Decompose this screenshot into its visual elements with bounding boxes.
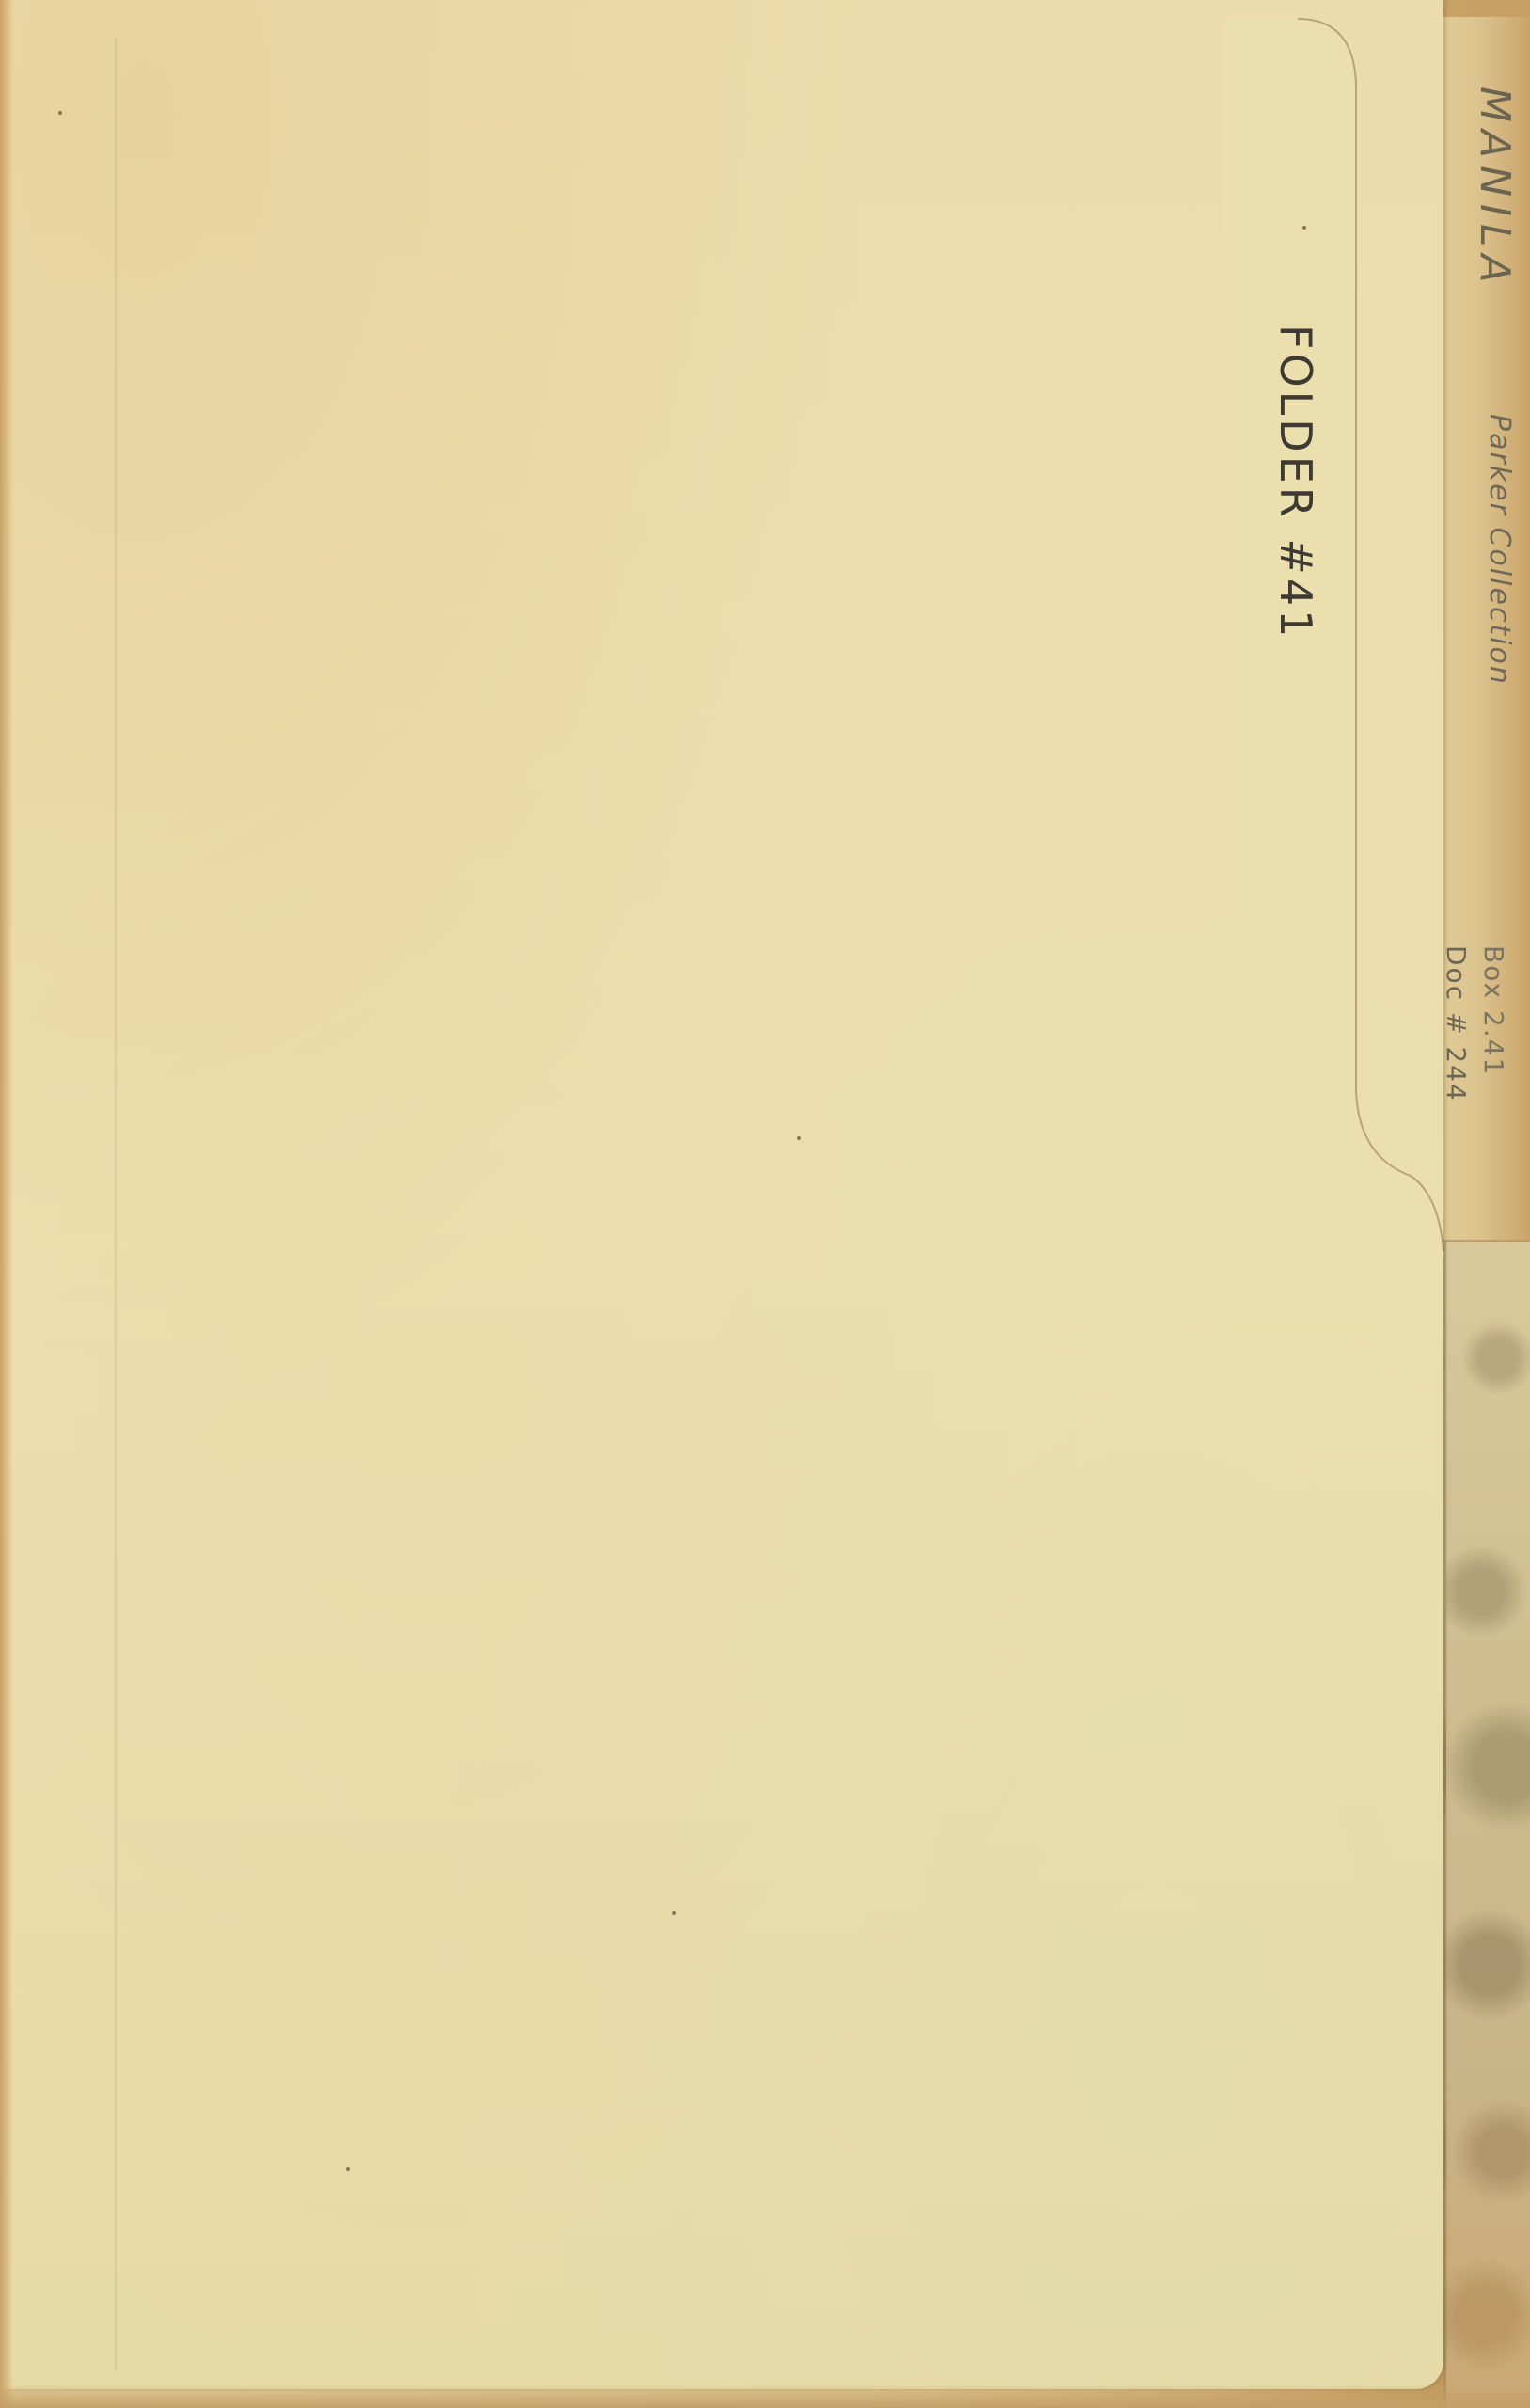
folder-bottom-edge — [0, 2384, 1530, 2408]
folder-left-edge — [0, 0, 13, 2408]
folder-number-label: FOLDER #41 — [1270, 325, 1321, 641]
doc-number-label: Doc # 244 — [1441, 945, 1472, 1102]
speck — [672, 1911, 676, 1915]
speck — [346, 2167, 350, 2171]
speck — [797, 1136, 801, 1140]
collection-label: Parker Collection — [1483, 414, 1516, 686]
box-number-label: Box 2.41 — [1478, 945, 1509, 1076]
stained-edge-strip — [1443, 1242, 1530, 2408]
speck — [58, 111, 62, 115]
speck — [1302, 226, 1306, 230]
folder-crease-line — [115, 38, 117, 2370]
manila-brand-label: MANILA — [1471, 87, 1519, 291]
